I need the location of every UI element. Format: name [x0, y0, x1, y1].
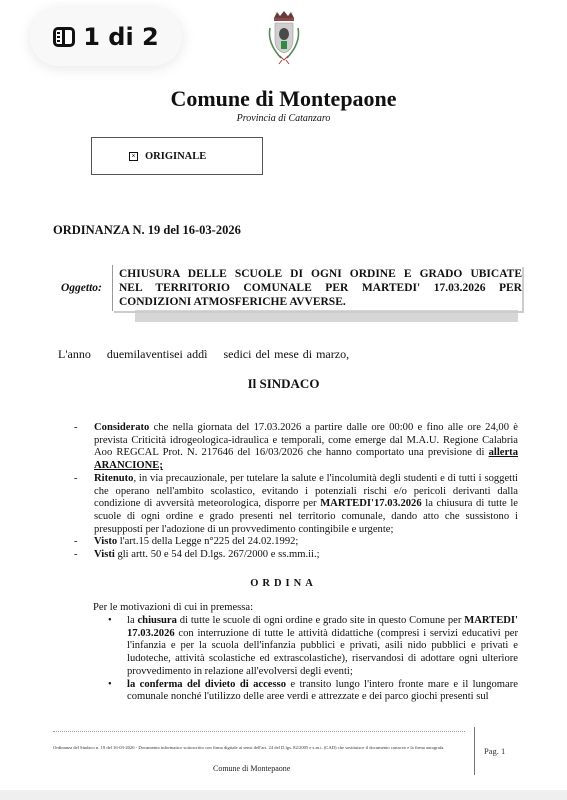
order-item: • la chiusura di tutte le scuole di ogni…	[105, 615, 518, 679]
subject-line: CHIUSURA DELLE SCUOLE DI OGNI ORDINE E G…	[119, 267, 522, 281]
municipal-coat-of-arms-icon	[264, 8, 304, 68]
page-indicator-button[interactable]: 1 di 2	[30, 8, 182, 66]
document-pages-icon	[53, 27, 75, 47]
bullet-marker: •	[108, 615, 112, 628]
premise-text: gli artt. 50 e 54 del D.lgs. 267/2000 e …	[115, 549, 320, 560]
page-indicator-label: 1 di 2	[83, 23, 159, 51]
premise-item: - Ritenuto, in via precauzionale, per tu…	[74, 473, 518, 537]
premise-keyword: Ritenuto	[94, 473, 133, 484]
premise-keyword: Visti	[94, 549, 115, 560]
subject-shadow	[135, 310, 518, 322]
subject-label: Oggetto:	[61, 282, 102, 294]
orders-heading: ORDINA	[0, 578, 567, 589]
footer-signature-note: Ordinanza del Sindaco n. 19 del 16-03-20…	[53, 745, 468, 751]
original-box: × ORIGINALE	[91, 137, 263, 175]
order-keyword: la conferma del divieto di accesso	[127, 679, 286, 690]
footer-divider-line	[53, 731, 465, 732]
footer-town: Comune di Montepaone	[213, 764, 290, 773]
original-label: ORIGINALE	[145, 151, 206, 162]
town-name: Comune di Montepaone	[0, 86, 567, 112]
premise-item: - Visti gli artt. 50 e 54 del D.lgs. 267…	[74, 549, 518, 562]
premises-list: - Considerato che nella giornata del 17.…	[74, 422, 518, 562]
orders-list: • la chiusura di tutte le scuole di ogni…	[105, 615, 518, 704]
premise-text: l'art.15 della Legge n°225 del 24.02.199…	[117, 536, 298, 547]
mayor-heading: Il SINDACO	[0, 376, 567, 392]
dash-marker: -	[74, 549, 78, 562]
footer-vertical-divider	[474, 727, 475, 775]
subject-box: CHIUSURA DELLE SCUOLE DI OGNI ORDINE E G…	[112, 265, 522, 311]
order-keyword: chiusura	[137, 615, 176, 626]
order-text: di tutte le scuole di ogni ordine e grad…	[177, 615, 464, 626]
premise-keyword: Visto	[94, 536, 117, 547]
checked-box-icon: ×	[129, 152, 138, 161]
premise-text: che nella giornata del 17.03.2026 a part…	[94, 422, 518, 458]
page-number: Pag. 1	[484, 746, 505, 756]
province-name: Provincia di Catanzaro	[0, 113, 567, 124]
premise-item: - Considerato che nella giornata del 17.…	[74, 422, 518, 473]
order-text: la	[127, 615, 137, 626]
bullet-marker: •	[108, 679, 112, 692]
date-statement: L'anno duemilaventisei addì sedici del m…	[58, 347, 349, 362]
document-page: Comune di Montepaone Provincia di Catanz…	[0, 0, 567, 790]
orders-intro: Per le motivazioni di cui in premessa:	[93, 602, 253, 613]
dash-marker: -	[74, 536, 78, 549]
page-gap	[0, 790, 567, 800]
subject-line: NEL TERRITORIO COMUNALE PER MARTEDI' 17.…	[119, 281, 522, 295]
dash-marker: -	[74, 473, 78, 486]
subject-line: CONDIZIONI ATMOSFERICHE AVVERSE.	[119, 295, 522, 309]
premise-keyword: Considerato	[94, 422, 149, 433]
closure-date: MARTEDI'17.03.2026	[320, 498, 421, 509]
premise-item: - Visto l'art.15 della Legge n°225 del 2…	[74, 536, 518, 549]
order-item: • la conferma del divieto di accesso e t…	[105, 679, 518, 704]
dash-marker: -	[74, 422, 78, 435]
ordinance-title: ORDINANZA N. 19 del 16-03-2026	[53, 223, 241, 238]
order-text: con interruzione di tutte le attività di…	[127, 628, 518, 677]
